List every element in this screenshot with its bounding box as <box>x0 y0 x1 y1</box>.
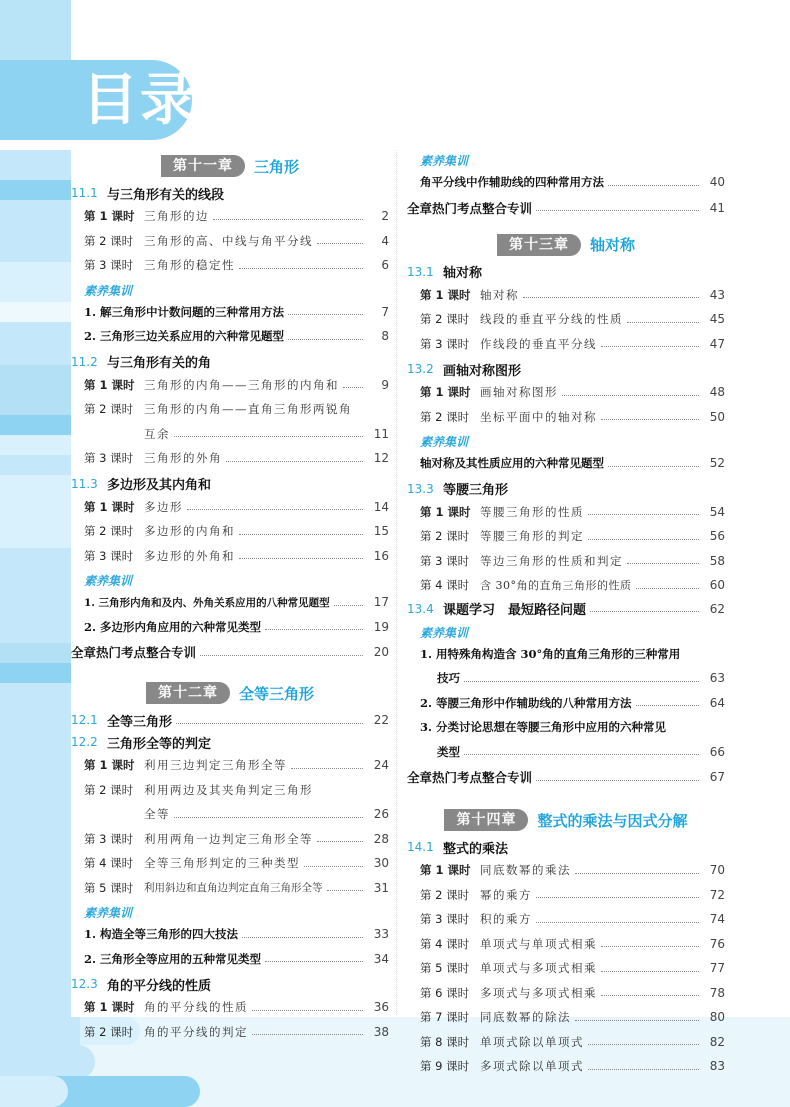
leader-dots <box>334 605 363 606</box>
leader-dots <box>601 419 699 420</box>
leader-dots <box>327 890 364 891</box>
page-number: 12 <box>367 451 389 465</box>
leader-dots <box>288 339 363 340</box>
page-number: 78 <box>703 986 725 1000</box>
toc-entry[interactable]: 第 1 课时等腰三角形的性质54 <box>407 500 725 525</box>
leader-dots <box>317 243 363 244</box>
section-number: 11.3 <box>71 477 107 491</box>
page-number: 7 <box>367 305 389 319</box>
leader-dots <box>288 314 363 315</box>
toc-entry[interactable]: 第 6 课时多项式与多项式相乘78 <box>407 981 725 1006</box>
entry-title: 角的平分线的性质 <box>144 999 248 1015</box>
section-number: 13.3 <box>407 482 443 496</box>
toc-entry[interactable]: 第 3 课时等边三角形的性质和判定58 <box>407 549 725 574</box>
entry-title: 全章热门考点整合专训 <box>71 643 196 661</box>
entry-title: 轴对称 <box>480 287 519 303</box>
section-heading[interactable]: 13.2 画轴对称图形 <box>407 358 725 380</box>
section-number: 12.3 <box>71 977 107 991</box>
lesson-label: 第 7 课时 <box>420 1009 480 1025</box>
entry-title: 1. 三角形内角和及内、外角关系应用的八种常见题型 <box>84 595 330 610</box>
entry-title: 单项式与单项式相乘 <box>480 936 597 952</box>
section-heading[interactable]: 13.1 轴对称 <box>407 261 725 283</box>
chapter-badge: 第十三章 <box>497 234 581 256</box>
page-number: 66 <box>703 745 725 759</box>
entry-title: 画轴对称图形 <box>480 384 558 400</box>
lesson-label: 第 1 课时 <box>84 757 144 773</box>
entry-title: 三角形的内角——三角形的内角和 <box>144 377 339 393</box>
lesson-label: 第 2 课时 <box>84 1024 144 1040</box>
section-heading[interactable]: 13.3 等腰三角形 <box>407 478 725 500</box>
toc-entry[interactable]: 1. 三角形内角和及内、外角关系应用的八种常见题型17 <box>71 590 389 615</box>
leader-dots <box>636 705 699 706</box>
entry-title: 三角形的边 <box>144 208 209 224</box>
entry-title: 三角形的外角 <box>144 450 222 466</box>
page-number: 9 <box>367 378 389 392</box>
entry-title: 2. 三角形全等应用的五种常见类型 <box>84 951 261 967</box>
lesson-label: 第 1 课时 <box>420 504 480 520</box>
left-stripe-decoration <box>0 150 71 1000</box>
toc-entry[interactable]: 第 3 课时三角形的稳定性6 <box>71 253 389 278</box>
page-number: 15 <box>367 524 389 538</box>
page-number: 72 <box>703 888 725 902</box>
lesson-label: 第 2 课时 <box>420 409 480 425</box>
lesson-label: 第 3 课时 <box>84 257 144 273</box>
lesson-label: 第 5 课时 <box>84 880 144 896</box>
page-number: 60 <box>703 578 725 592</box>
toc-entry[interactable]: 第 9 课时多项式除以单项式83 <box>407 1054 725 1079</box>
page-number: 70 <box>703 863 725 877</box>
leader-dots <box>575 873 699 874</box>
chapter-header[interactable]: 第十四章 整式的乘法与因式分解 <box>407 806 725 834</box>
page-number: 76 <box>703 937 725 951</box>
page-title: 目录 <box>82 66 198 136</box>
chapter-badge: 第十四章 <box>444 809 528 831</box>
section-heading[interactable]: 11.3 多边形及其内角和 <box>71 473 389 495</box>
leader-dots <box>536 922 699 923</box>
toc-entry[interactable]: 第 3 课时利用两角一边判定三角形全等28 <box>71 827 389 852</box>
section-number: 13.1 <box>407 265 443 279</box>
section-heading[interactable]: 14.1 整式的乘法 <box>407 836 725 858</box>
lesson-label: 第 1 课时 <box>84 999 144 1015</box>
entry-title: 同底数幂的除法 <box>480 1009 571 1025</box>
leader-dots <box>601 346 699 347</box>
page-number: 14 <box>367 500 389 514</box>
toc-entry[interactable]: 第 1 课时多边形14 <box>71 495 389 520</box>
page-number: 34 <box>367 952 389 966</box>
leader-dots <box>536 780 699 781</box>
page-number: 22 <box>367 713 389 727</box>
page-number: 26 <box>367 807 389 821</box>
page-number: 48 <box>703 385 725 399</box>
section-number: 13.2 <box>407 362 443 376</box>
lesson-label: 第 2 课时 <box>84 233 144 249</box>
suyang-label: 素养集训 <box>71 904 389 922</box>
toc-entry[interactable]: 第 5 课时单项式与多项式相乘77 <box>407 956 725 981</box>
bottom-bar-decoration <box>0 1045 95 1079</box>
suyang-label: 素养集训 <box>407 624 725 642</box>
page-number: 52 <box>703 456 725 470</box>
section-title: 画轴对称图形 <box>443 360 521 379</box>
entry-title: 单项式除以单项式 <box>480 1034 584 1050</box>
page-number: 8 <box>367 329 389 343</box>
page-number: 40 <box>703 175 725 189</box>
lesson-label: 第 4 课时 <box>420 936 480 952</box>
toc-entry[interactable]: 第 2 课时三角形的高、中线与角平分线4 <box>71 229 389 254</box>
entry-title: 1. 构造全等三角形的四大技法 <box>84 926 238 942</box>
column-divider <box>396 150 397 1015</box>
section-number: 13.4 <box>407 602 443 616</box>
chapter-title: 全等三角形 <box>239 683 314 704</box>
section-heading[interactable]: 13.4 课题学习 最短路径问题 62 <box>407 598 725 620</box>
entry-title: 利用两角一边判定三角形全等 <box>144 831 313 847</box>
toc-entry[interactable]: 第 3 课时多边形的外角和16 <box>71 544 389 569</box>
leader-dots <box>265 629 363 630</box>
section-title: 三角形全等的判定 <box>107 733 211 752</box>
chapter-review-entry[interactable]: 全章热门考点整合专训20 <box>71 639 389 665</box>
leader-dots <box>601 946 699 947</box>
toc-entry[interactable]: 第 1 课时角的平分线的性质36 <box>71 995 389 1020</box>
entry-title: 轴对称及其性质应用的六种常见题型 <box>420 455 604 471</box>
leader-dots <box>176 723 363 724</box>
toc-entry[interactable]: 第 3 课时作线段的垂直平分线47 <box>407 332 725 357</box>
section-title: 与三角形有关的角 <box>107 352 211 371</box>
section-number: 12.1 <box>71 713 107 727</box>
entry-title: 利用两边及其夹角判定三角形 <box>144 782 313 798</box>
lesson-label: 第 1 课时 <box>420 287 480 303</box>
section-title: 等腰三角形 <box>443 479 508 498</box>
section-heading[interactable]: 12.3 角的平分线的性质 <box>71 973 389 995</box>
section-title: 轴对称 <box>443 262 482 281</box>
leader-dots <box>174 436 363 437</box>
chapter-title: 轴对称 <box>590 234 635 255</box>
toc-entry[interactable]: 第 1 课时轴对称43 <box>407 283 725 308</box>
section-heading[interactable]: 11.2 与三角形有关的角 <box>71 351 389 373</box>
toc-entry-continuation[interactable]: 互余11 <box>71 422 389 447</box>
entry-title: 1. 解三角形中计数问题的三种常用方法 <box>84 304 284 320</box>
toc-entry[interactable]: 第 4 课时含 30°角的直角三角形的性质60 <box>407 573 725 598</box>
entry-title: 3. 分类讨论思想在等腰三角形中应用的六种常见 <box>420 719 666 735</box>
section-number: 11.2 <box>71 355 107 369</box>
page-number: 63 <box>703 671 725 685</box>
page-number: 62 <box>703 602 725 616</box>
lesson-label: 第 2 课时 <box>84 782 144 798</box>
entry-title: 2. 多边形内角应用的六种常见类型 <box>84 619 261 635</box>
entry-title: 2. 等腰三角形中作辅助线的八种常用方法 <box>420 695 632 711</box>
page-number: 11 <box>367 427 389 441</box>
section-title: 课题学习 最短路径问题 <box>443 599 586 618</box>
page-number: 2 <box>367 209 389 223</box>
leader-dots <box>464 681 699 682</box>
lesson-label: 第 2 课时 <box>84 401 144 417</box>
section-title: 全等三角形 <box>107 711 172 730</box>
entry-title: 1. 用特殊角构造含 30°角的直角三角形的三种常用 <box>420 646 680 662</box>
toc-entry[interactable]: 第 1 课时三角形的内角——三角形的内角和9 <box>71 373 389 398</box>
page-number: 80 <box>703 1010 725 1024</box>
toc-entry[interactable]: 2. 多边形内角应用的六种常见类型19 <box>71 615 389 640</box>
lesson-label: 第 1 课时 <box>84 499 144 515</box>
lesson-label: 第 3 课时 <box>420 336 480 352</box>
entry-title: 等边三角形的性质和判定 <box>480 553 623 569</box>
entry-title: 全等 <box>144 806 170 822</box>
page-number: 30 <box>367 856 389 870</box>
section-heading[interactable]: 11.1 与三角形有关的线段 <box>71 182 389 204</box>
bottom-bar-decoration <box>0 1076 68 1107</box>
page-number: 24 <box>367 758 389 772</box>
entry-title: 全等三角形判定的三种类型 <box>144 855 300 871</box>
leader-dots <box>317 841 363 842</box>
leader-dots <box>536 210 699 211</box>
entry-title: 多边形 <box>144 499 183 515</box>
chapter-title: 整式的乘法与因式分解 <box>537 810 687 831</box>
toc-entry[interactable]: 第 2 课时坐标平面中的轴对称50 <box>407 405 725 430</box>
leader-dots <box>523 297 699 298</box>
page-number: 43 <box>703 288 725 302</box>
page-number: 28 <box>367 832 389 846</box>
entry-title: 单项式与多项式相乘 <box>480 960 597 976</box>
leader-dots <box>200 655 363 656</box>
entry-title: 2. 三角形三边关系应用的六种常见题型 <box>84 328 284 344</box>
toc-entry[interactable]: 第 1 课时利用三边判定三角形全等24 <box>71 753 389 778</box>
entry-title: 角平分线中作辅助线的四种常用方法 <box>420 174 604 190</box>
toc-entry[interactable]: 2. 等腰三角形中作辅助线的八种常用方法64 <box>407 691 725 716</box>
toc-entry[interactable]: 第 2 课时利用两边及其夹角判定三角形 <box>71 778 389 803</box>
entry-title: 多边形的外角和 <box>144 548 235 564</box>
leader-dots <box>562 395 699 396</box>
leader-dots <box>343 387 363 388</box>
section-title: 与三角形有关的线段 <box>107 184 224 203</box>
chapter-header[interactable]: 第十二章 全等三角形 <box>71 679 389 707</box>
page-number: 58 <box>703 554 725 568</box>
toc-entry-continuation[interactable]: 全等26 <box>71 802 389 827</box>
section-heading[interactable]: 12.2 三角形全等的判定 <box>71 731 389 753</box>
page-number: 41 <box>703 201 725 215</box>
lesson-label: 第 2 课时 <box>84 523 144 539</box>
section-number: 11.1 <box>71 186 107 200</box>
section-number: 12.2 <box>71 735 107 749</box>
toc-entry[interactable]: 第 2 课时角的平分线的判定38 <box>71 1020 389 1045</box>
leader-dots <box>588 539 699 540</box>
page-number: 33 <box>367 927 389 941</box>
chapter-review-entry[interactable]: 全章热门考点整合专训67 <box>407 764 725 790</box>
lesson-label: 第 4 课时 <box>84 855 144 871</box>
toc-entry[interactable]: 第 3 课时积的乘方74 <box>407 907 725 932</box>
lesson-label: 第 1 课时 <box>84 208 144 224</box>
entry-title: 线段的垂直平分线的性质 <box>480 311 623 327</box>
chapter-title: 三角形 <box>254 156 299 177</box>
lesson-label: 第 3 课时 <box>420 911 480 927</box>
page-number: 50 <box>703 410 725 424</box>
chapter-review-entry[interactable]: 全章热门考点整合专训41 <box>407 195 725 221</box>
toc-right-column: 素养集训 角平分线中作辅助线的四种常用方法40 全章热门考点整合专训41 第十三… <box>407 150 725 1079</box>
toc-entry[interactable]: 第 2 课时多边形的内角和15 <box>71 519 389 544</box>
leader-dots <box>187 509 363 510</box>
leader-dots <box>601 995 699 996</box>
leader-dots <box>575 1020 699 1021</box>
toc-entry[interactable]: 第 8 课时单项式除以单项式82 <box>407 1030 725 1055</box>
page-number: 19 <box>367 620 389 634</box>
section-title: 角的平分线的性质 <box>107 975 211 994</box>
page-number: 77 <box>703 961 725 975</box>
leader-dots <box>252 1010 363 1011</box>
lesson-label: 第 5 课时 <box>420 960 480 976</box>
toc-entry-continuation[interactable]: 类型66 <box>407 740 725 765</box>
chapter-badge: 第十一章 <box>161 155 245 177</box>
page-number: 47 <box>703 337 725 351</box>
entry-title: 含 30°角的直角三角形的性质 <box>480 577 632 593</box>
leader-dots <box>239 534 363 535</box>
leader-dots <box>304 866 363 867</box>
page-number: 4 <box>367 234 389 248</box>
toc-entry[interactable]: 1. 构造全等三角形的四大技法33 <box>71 922 389 947</box>
leader-dots <box>627 563 699 564</box>
entry-title: 全章热门考点整合专训 <box>407 768 532 786</box>
section-title: 多边形及其内角和 <box>107 474 211 493</box>
entry-title: 多项式与多项式相乘 <box>480 985 597 1001</box>
entry-title: 类型 <box>437 744 460 760</box>
entry-title: 多项式除以单项式 <box>480 1058 584 1074</box>
toc-entry[interactable]: 1. 用特殊角构造含 30°角的直角三角形的三种常用 <box>407 642 725 667</box>
toc-entry[interactable]: 第 2 课时幂的乘方72 <box>407 883 725 908</box>
entry-title: 等腰三角形的判定 <box>480 528 584 544</box>
entry-title: 三角形的高、中线与角平分线 <box>144 233 313 249</box>
leader-dots <box>213 219 363 220</box>
lesson-label: 第 8 课时 <box>420 1034 480 1050</box>
entry-title: 三角形的内角——直角三角形两锐角 <box>144 401 352 417</box>
lesson-label: 第 3 课时 <box>84 450 144 466</box>
toc-entry[interactable]: 轴对称及其性质应用的六种常见题型52 <box>407 451 725 476</box>
lesson-label: 第 3 课时 <box>84 548 144 564</box>
toc-entry[interactable]: 第 1 课时三角形的边2 <box>71 204 389 229</box>
lesson-label: 第 2 课时 <box>420 528 480 544</box>
chapter-header[interactable]: 第十一章 三角形 <box>71 152 389 180</box>
leader-dots <box>601 971 699 972</box>
leader-dots <box>588 1044 699 1045</box>
lesson-label: 第 1 课时 <box>420 384 480 400</box>
page-number: 74 <box>703 912 725 926</box>
entry-title: 互余 <box>144 426 170 442</box>
leader-dots <box>588 514 699 515</box>
page-number: 45 <box>703 312 725 326</box>
leader-dots <box>608 466 699 467</box>
lesson-label: 第 9 课时 <box>420 1058 480 1074</box>
entry-title: 角的平分线的判定 <box>144 1024 248 1040</box>
leader-dots <box>636 588 700 589</box>
leader-dots <box>242 937 363 938</box>
toc-entry[interactable]: 第 4 课时单项式与单项式相乘76 <box>407 932 725 957</box>
page-number: 31 <box>367 881 389 895</box>
entry-title: 积的乘方 <box>480 911 532 927</box>
lesson-label: 第 1 课时 <box>84 377 144 393</box>
leader-dots <box>291 768 363 769</box>
entry-title: 同底数幂的乘法 <box>480 862 571 878</box>
page-number: 83 <box>703 1059 725 1073</box>
section-title: 整式的乘法 <box>443 838 508 857</box>
toc-entry[interactable]: 第 7 课时同底数幂的除法80 <box>407 1005 725 1030</box>
leader-dots <box>239 558 363 559</box>
leader-dots <box>590 611 699 612</box>
entry-title: 利用三边判定三角形全等 <box>144 757 287 773</box>
toc-entry[interactable]: 第 5 课时利用斜边和直角边判定直角三角形全等31 <box>71 876 389 901</box>
toc-entry[interactable]: 第 2 课时等腰三角形的判定56 <box>407 524 725 549</box>
toc-entry[interactable]: 2. 三角形三边关系应用的六种常见题型8 <box>71 324 389 349</box>
entry-title: 全章热门考点整合专训 <box>407 199 532 217</box>
page-number: 20 <box>367 645 389 659</box>
leader-dots <box>588 1069 699 1070</box>
leader-dots <box>252 1034 363 1035</box>
entry-title: 坐标平面中的轴对称 <box>480 409 597 425</box>
page-number: 17 <box>367 595 389 609</box>
toc-entry[interactable]: 3. 分类讨论思想在等腰三角形中应用的六种常见 <box>407 715 725 740</box>
suyang-label: 素养集训 <box>71 572 389 590</box>
page-number: 64 <box>703 696 725 710</box>
suyang-label: 素养集训 <box>407 433 725 451</box>
section-number: 14.1 <box>407 840 443 854</box>
toc-entry[interactable]: 第 4 课时全等三角形判定的三种类型30 <box>71 851 389 876</box>
leader-dots <box>608 185 699 186</box>
lesson-label: 第 6 课时 <box>420 985 480 1001</box>
toc-entry[interactable]: 1. 解三角形中计数问题的三种常用方法7 <box>71 300 389 325</box>
toc-entry[interactable]: 第 2 课时三角形的内角——直角三角形两锐角 <box>71 397 389 422</box>
toc-entry-continuation[interactable]: 技巧63 <box>407 666 725 691</box>
page-number: 6 <box>367 258 389 272</box>
entry-title: 三角形的稳定性 <box>144 257 235 273</box>
toc-left-column: 第十一章 三角形 11.1 与三角形有关的线段 第 1 课时三角形的边2 第 2… <box>71 150 389 1044</box>
entry-title: 作线段的垂直平分线 <box>480 336 597 352</box>
suyang-label: 素养集训 <box>71 282 389 300</box>
leader-dots <box>464 754 699 755</box>
toc-entry[interactable]: 角平分线中作辅助线的四种常用方法40 <box>407 170 725 195</box>
leader-dots <box>174 817 363 818</box>
entry-title: 等腰三角形的性质 <box>480 504 584 520</box>
leader-dots <box>226 461 363 462</box>
chapter-badge: 第十二章 <box>146 682 230 704</box>
page-number: 67 <box>703 770 725 784</box>
toc-entry[interactable]: 第 3 课时三角形的外角12 <box>71 446 389 471</box>
entry-title: 利用斜边和直角边判定直角三角形全等 <box>144 880 323 895</box>
lesson-label: 第 1 课时 <box>420 862 480 878</box>
entry-title: 多边形的内角和 <box>144 523 235 539</box>
page-number: 38 <box>367 1025 389 1039</box>
lesson-label: 第 3 课时 <box>420 553 480 569</box>
toc-entry[interactable]: 第 2 课时线段的垂直平分线的性质45 <box>407 307 725 332</box>
suyang-label: 素养集训 <box>407 152 725 170</box>
entry-title: 技巧 <box>437 670 460 686</box>
leader-dots <box>627 322 699 323</box>
section-heading[interactable]: 12.1 全等三角形 22 <box>71 709 389 731</box>
toc-entry[interactable]: 2. 三角形全等应用的五种常见类型34 <box>71 947 389 972</box>
lesson-label: 第 2 课时 <box>420 311 480 327</box>
leader-dots <box>265 961 363 962</box>
leader-dots <box>536 897 699 898</box>
lesson-label: 第 4 课时 <box>420 577 480 593</box>
top-stripe-decoration <box>0 0 71 62</box>
lesson-label: 第 2 课时 <box>420 887 480 903</box>
page-number: 56 <box>703 529 725 543</box>
lesson-label: 第 3 课时 <box>84 831 144 847</box>
page-number: 82 <box>703 1035 725 1049</box>
entry-title: 幂的乘方 <box>480 887 532 903</box>
toc-entry[interactable]: 第 1 课时画轴对称图形48 <box>407 380 725 405</box>
chapter-header[interactable]: 第十三章 轴对称 <box>407 231 725 259</box>
page-number: 54 <box>703 505 725 519</box>
page-number: 36 <box>367 1000 389 1014</box>
leader-dots <box>239 268 363 269</box>
page-number: 16 <box>367 549 389 563</box>
toc-entry[interactable]: 第 1 课时同底数幂的乘法70 <box>407 858 725 883</box>
